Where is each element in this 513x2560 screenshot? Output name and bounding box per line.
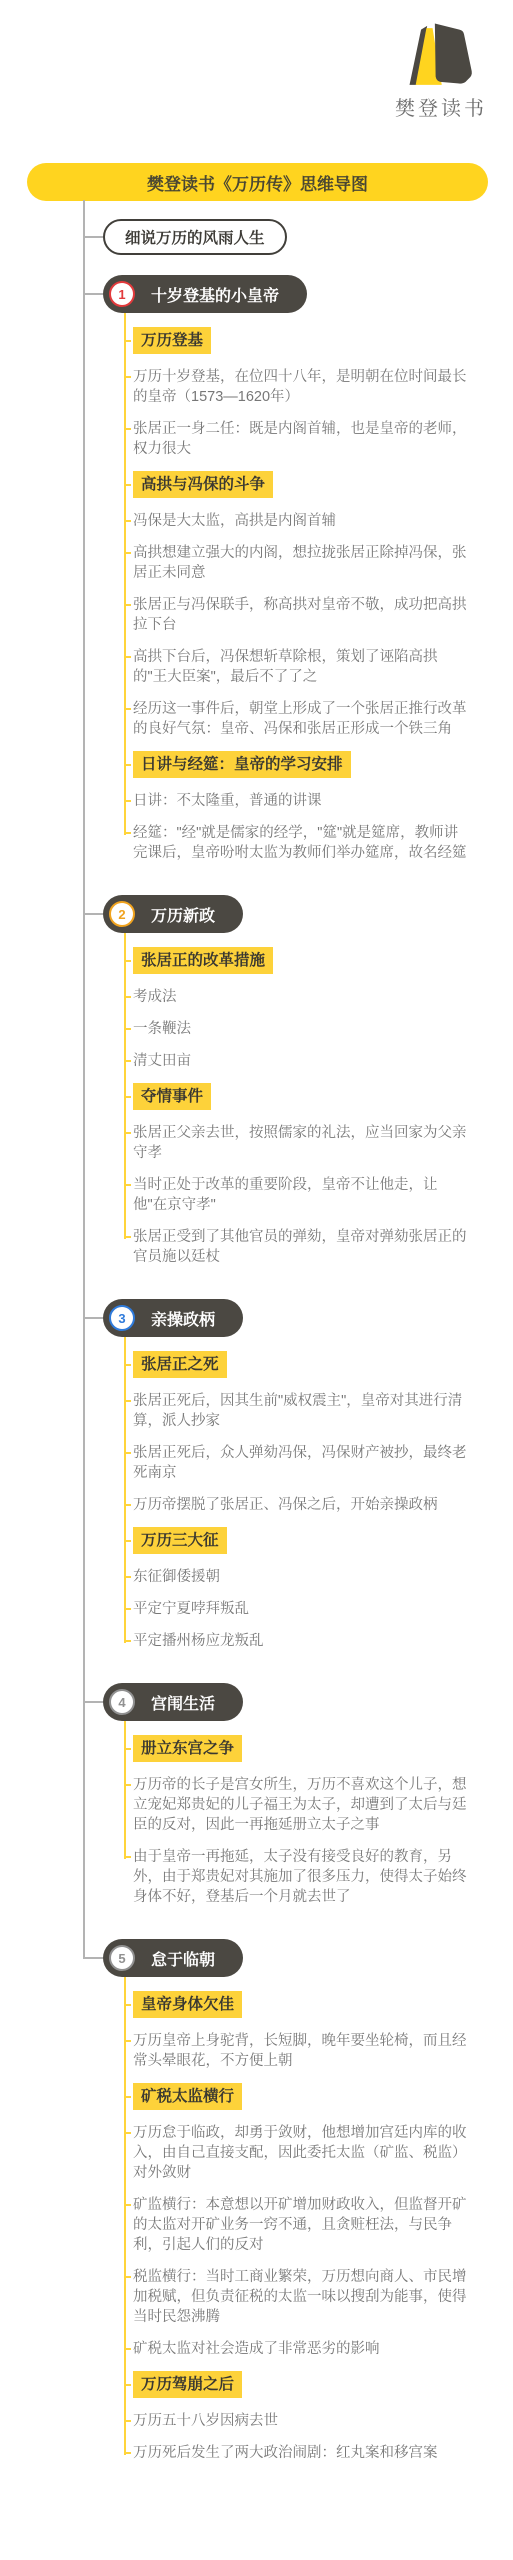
spine-connector	[83, 200, 85, 1958]
topic-text: 张居正父亲去世，按照儒家的礼法，应当回家为父亲守孝	[133, 1123, 471, 1163]
topic-text: 由于皇帝一再拖延，太子没有接受良好的教育，另外，由于郑贵妃对其施加了很多压力，使…	[133, 1847, 471, 1907]
section-node: 1十岁登基的小皇帝	[103, 275, 513, 313]
mindmap-tree: 细说万历的风雨人生 1十岁登基的小皇帝万历登基万历十岁登基，在位四十八年，是明朝…	[0, 219, 513, 2477]
topic-text: 平定宁夏哱拜叛乱	[133, 1599, 471, 1619]
topic-text: 日讲：不太隆重，普通的讲课	[133, 791, 471, 811]
topic-text: 冯保是大太监，高拱是内阁首辅	[133, 511, 471, 531]
topic-text: 高拱下台后，冯保想斩草除根，策划了诬陷高拱的"王大臣案"，最后不了了之	[133, 647, 471, 687]
section-number-badge: 3	[109, 1305, 135, 1331]
highlight-label: 万历登基	[133, 327, 211, 354]
root-label: 细说万历的风雨人生	[125, 226, 265, 248]
section-number-badge: 1	[109, 281, 135, 307]
section-pill: 2万历新政	[103, 895, 243, 933]
topic-text: 高拱想建立强大的内阁，想拉拢张居正除掉冯保，张居正未同意	[133, 543, 471, 583]
highlight-label: 万历驾崩之后	[133, 2371, 242, 2398]
topic-text: 经筵："经"就是儒家的经学，"筵"就是筵席，教师讲完课后，皇帝吩咐太监为教师们举…	[133, 823, 471, 863]
highlight-label: 张居正的改革措施	[133, 947, 273, 974]
connector	[124, 313, 126, 835]
section-title: 宫闱生活	[151, 1691, 215, 1714]
topic-text: 张居正死后，众人弹劾冯保，冯保财产被抄，最终老死南京	[133, 1443, 471, 1483]
highlight-label: 矿税太监横行	[133, 2083, 242, 2110]
section-title: 万历新政	[151, 903, 215, 926]
fandeng-book-icon	[402, 22, 480, 88]
topic-text: 万历怠于临政，却勇于敛财，他想增加宫廷内库的收入，由自己直接支配，因此委托太监（…	[133, 2123, 471, 2183]
connector	[124, 933, 126, 1239]
section-pill: 3亲操政柄	[103, 1299, 243, 1337]
section-node: 4宫闱生活	[103, 1683, 513, 1721]
topic-text: 经历这一事件后，朝堂上形成了一个张居正推行改革的良好气氛：皇帝、冯保和张居正形成…	[133, 699, 471, 739]
root-node: 细说万历的风雨人生	[103, 219, 513, 255]
highlight-label: 高拱与冯保的斗争	[133, 471, 273, 498]
brand-logo: 樊登读书	[391, 22, 491, 121]
section-title: 怠于临朝	[151, 1947, 215, 1970]
topic-text: 当时正处于改革的重要阶段，皇帝不让他走，让他"在京守孝"	[133, 1175, 471, 1215]
topic-heading: 皇帝身体欠佳	[133, 1991, 471, 2018]
highlight-label: 册立东宫之争	[133, 1735, 242, 1762]
topic-heading: 高拱与冯保的斗争	[133, 471, 471, 498]
connector	[83, 1317, 103, 1319]
mindmap-poster: 樊登读书 樊登读书《万历传》思维导图 细说万历的风雨人生 1十岁登基的小皇帝万历…	[0, 0, 513, 2560]
connector	[83, 1701, 103, 1703]
section-children: 张居正之死张居正死后，因其生前"威权震主"，皇帝对其进行清算，派人抄家张居正死后…	[124, 1337, 471, 1665]
branch-section: 2万历新政张居正的改革措施考成法一条鞭法清丈田亩夺情事件张居正父亲去世，按照儒家…	[0, 895, 513, 1281]
map-title-pill: 樊登读书《万历传》思维导图	[27, 163, 488, 201]
topic-text: 税监横行：当时工商业繁荣，万历想向商人、市民增加税赋，但负责征税的太监一味以搜刮…	[133, 2267, 471, 2327]
branches: 1十岁登基的小皇帝万历登基万历十岁登基，在位四十八年，是明朝在位时间最长的皇帝（…	[0, 275, 513, 2477]
section-title: 十岁登基的小皇帝	[151, 283, 279, 306]
topic-text: 矿税太监对社会造成了非常恶劣的影响	[133, 2339, 471, 2359]
topic-text: 万历五十八岁因病去世	[133, 2411, 471, 2431]
topic-text: 万历皇帝上身驼背，长短脚，晚年要坐轮椅，而且经常头晕眼花，不方便上朝	[133, 2031, 471, 2071]
section-pill: 1十岁登基的小皇帝	[103, 275, 307, 313]
connector	[124, 1721, 126, 1859]
section-node: 2万历新政	[103, 895, 513, 933]
section-children: 张居正的改革措施考成法一条鞭法清丈田亩夺情事件张居正父亲去世，按照儒家的礼法，应…	[124, 933, 471, 1281]
section-pill: 4宫闱生活	[103, 1683, 243, 1721]
topic-heading: 万历登基	[133, 327, 471, 354]
connector	[83, 293, 103, 295]
topic-text: 张居正受到了其他官员的弹劾，皇帝对弹劾张居正的官员施以廷杖	[133, 1227, 471, 1267]
section-title: 亲操政柄	[151, 1307, 215, 1330]
topic-heading: 万历驾崩之后	[133, 2371, 471, 2398]
highlight-label: 日讲与经筵：皇帝的学习安排	[133, 751, 351, 778]
branch-section: 5怠于临朝皇帝身体欠佳万历皇帝上身驼背，长短脚，晚年要坐轮椅，而且经常头晕眼花，…	[0, 1939, 513, 2477]
connector	[83, 913, 103, 915]
section-pill: 5怠于临朝	[103, 1939, 243, 1977]
topic-text: 万历死后发生了两大政治闹剧：红丸案和移宫案	[133, 2443, 471, 2463]
topic-heading: 张居正的改革措施	[133, 947, 471, 974]
highlight-label: 夺情事件	[133, 1083, 211, 1110]
root-pill: 细说万历的风雨人生	[103, 219, 287, 255]
section-children: 万历登基万历十岁登基，在位四十八年，是明朝在位时间最长的皇帝（1573—1620…	[124, 313, 471, 877]
branch-section: 1十岁登基的小皇帝万历登基万历十岁登基，在位四十八年，是明朝在位时间最长的皇帝（…	[0, 275, 513, 877]
topic-text: 张居正死后，因其生前"威权震主"，皇帝对其进行清算，派人抄家	[133, 1391, 471, 1431]
map-title: 樊登读书《万历传》思维导图	[147, 170, 368, 195]
topic-text: 万历帝摆脱了张居正、冯保之后，开始亲操政柄	[133, 1495, 471, 1515]
connector	[83, 236, 103, 238]
brand-name: 樊登读书	[391, 92, 491, 121]
topic-text: 平定播州杨应龙叛乱	[133, 1631, 471, 1651]
topic-heading: 张居正之死	[133, 1351, 471, 1378]
section-children: 皇帝身体欠佳万历皇帝上身驼背，长短脚，晚年要坐轮椅，而且经常头晕眼花，不方便上朝…	[124, 1977, 471, 2477]
section-number-badge: 4	[109, 1689, 135, 1715]
section-number-badge: 5	[109, 1945, 135, 1971]
branch-section: 3亲操政柄张居正之死张居正死后，因其生前"威权震主"，皇帝对其进行清算，派人抄家…	[0, 1299, 513, 1665]
topic-text: 清丈田亩	[133, 1051, 471, 1071]
connector	[83, 1957, 103, 1959]
connector	[124, 1337, 126, 1643]
topic-text: 张居正一身二任：既是内阁首辅，也是皇帝的老师，权力很大	[133, 419, 471, 459]
topic-heading: 万历三大征	[133, 1527, 471, 1554]
section-number-badge: 2	[109, 901, 135, 927]
highlight-label: 万历三大征	[133, 1527, 227, 1554]
topic-text: 张居正与冯保联手，称高拱对皇帝不敬，成功把高拱拉下台	[133, 595, 471, 635]
branch-section: 4宫闱生活册立东宫之争万历帝的长子是宫女所生，万历不喜欢这个儿子，想立宠妃郑贵妃…	[0, 1683, 513, 1921]
topic-heading: 矿税太监横行	[133, 2083, 471, 2110]
topic-text: 矿监横行：本意想以开矿增加财政收入，但监督开矿的太监对开矿业务一窍不通，且贪赃枉…	[133, 2195, 471, 2255]
topic-text: 东征御倭援朝	[133, 1567, 471, 1587]
highlight-label: 张居正之死	[133, 1351, 227, 1378]
topic-text: 考成法	[133, 987, 471, 1007]
topic-heading: 夺情事件	[133, 1083, 471, 1110]
section-node: 3亲操政柄	[103, 1299, 513, 1337]
topic-heading: 日讲与经筵：皇帝的学习安排	[133, 751, 471, 778]
section-children: 册立东宫之争万历帝的长子是宫女所生，万历不喜欢这个儿子，想立宠妃郑贵妃的儿子福王…	[124, 1721, 471, 1921]
topic-heading: 册立东宫之争	[133, 1735, 471, 1762]
section-node: 5怠于临朝	[103, 1939, 513, 1977]
topic-text: 一条鞭法	[133, 1019, 471, 1039]
topic-text: 万历十岁登基，在位四十八年，是明朝在位时间最长的皇帝（1573—1620年）	[133, 367, 471, 407]
topic-text: 万历帝的长子是宫女所生，万历不喜欢这个儿子，想立宠妃郑贵妃的儿子福王为太子，却遭…	[133, 1775, 471, 1835]
highlight-label: 皇帝身体欠佳	[133, 1991, 242, 2018]
